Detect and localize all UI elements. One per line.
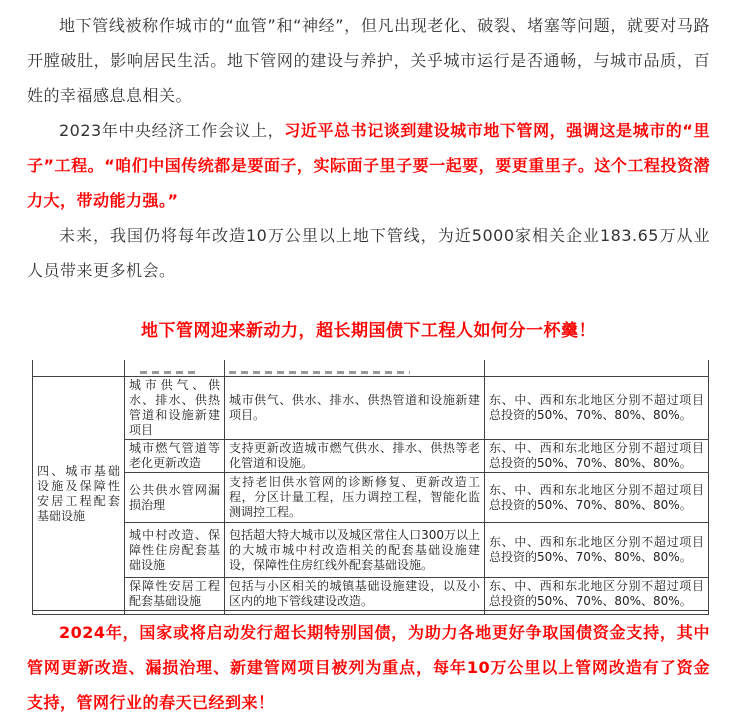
clipped-cell [485, 611, 709, 615]
project-name-cell: 城市燃气管道等老化更新改造 [125, 440, 225, 473]
project-name-cell: 保障性安居工程配套基础设施 [125, 578, 225, 611]
funding-ratio-cell: 东、中、西和东北地区分别不超过项目总投资的50%、70%、80%、80%。 [485, 440, 709, 473]
table-category-cell: 四、城市基础设施及保障性安居工程配套基础设施 [33, 377, 125, 611]
scope-cell: 城市供气、供水、排水、供热管道和设施新建项目。 [225, 377, 485, 440]
clipped-cell [33, 360, 125, 377]
scope-cell: 包括超大特大城市以及城区常住人口300万以上的大城市城中村改造相关的配套基础设施… [225, 523, 485, 578]
paragraph-meeting: 2023年中央经济工作会议上，习近平总书记谈到建设城市地下管网，强调这是城市的“… [27, 113, 710, 218]
clipped-cell [125, 611, 225, 615]
table-row: 公共供水管网漏损治理 支持老旧供水管网的诊断修复、更新改造工程，分区计量工程，压… [33, 473, 709, 523]
paragraph-2024-conclusion: 2024年，国家或将启动发行超长期特别国债，为助力各地更好争取国债资金支持，其中… [27, 615, 710, 720]
scope-cell: 包括与小区相关的城镇基础设施建设，以及小区内的地下管线建设改造。 [225, 578, 485, 611]
project-name-cell: 城中村改造、保障性住房配套基础设施 [125, 523, 225, 578]
article: 地下管线被称作城市的“血管”和“神经”，但凡出现老化、破裂、堵塞等问题，就要对马… [0, 0, 737, 720]
project-name-cell: 城市供气、供水、排水、供热管道和设施新建项目 [125, 377, 225, 440]
table-row: 城中村改造、保障性住房配套基础设施 包括超大特大城市以及城区常住人口300万以上… [33, 523, 709, 578]
clipped-text-fragment [229, 371, 410, 374]
clipped-cell [125, 360, 225, 377]
project-name-cell: 公共供水管网漏损治理 [125, 473, 225, 523]
table-clipped-row-top [33, 360, 709, 377]
paragraph-pipeline-intro: 地下管线被称作城市的“血管”和“神经”，但凡出现老化、破裂、堵塞等问题，就要对马… [27, 8, 710, 113]
scope-cell: 支持老旧供水管网的诊断修复、更新改造工程，分区计量工程，压力调控工程，智能化监测… [225, 473, 485, 523]
clipped-cell [225, 360, 485, 377]
table-row: 保障性安居工程配套基础设施 包括与小区相关的城镇基础设施建设，以及小区内的地下管… [33, 578, 709, 611]
scope-cell: 支持更新改造城市燃气供水、排水、供热等老化管道和设施。 [225, 440, 485, 473]
clipped-cell [225, 611, 485, 615]
paragraph-future: 未来，我国仍将每年改造10万公里以上地下管线，为近5000家相关企业183.65… [27, 218, 710, 288]
clipped-text-fragment [140, 371, 195, 374]
funding-ratio-cell: 东、中、西和东北地区分别不超过项目总投资的50%、70%、80%、80%。 [485, 377, 709, 440]
table-clipped-row-bottom [33, 611, 709, 615]
clipped-cell [485, 360, 709, 377]
table-row: 四、城市基础设施及保障性安居工程配套基础设施 城市供气、供水、排水、供热管道和设… [33, 377, 709, 440]
section-heading-red: 地下管网迎来新动力，超长期国债下工程人如何分一杯羹！ [27, 318, 710, 344]
policy-table: 四、城市基础设施及保障性安居工程配套基础设施 城市供气、供水、排水、供热管道和设… [32, 360, 709, 615]
paragraph-meeting-lead: 2023年中央经济工作会议上， [59, 121, 284, 140]
funding-ratio-cell: 东、中、西和东北地区分别不超过项目总投资的50%、70%、80%、80%。 [485, 523, 709, 578]
funding-ratio-cell: 东、中、西和东北地区分别不超过项目总投资的50%、70%、80%、80%。 [485, 473, 709, 523]
funding-ratio-cell: 东、中、西和东北地区分别不超过项目总投资的50%、70%、80%、80%。 [485, 578, 709, 611]
clipped-cell [33, 611, 125, 615]
table-row: 城市燃气管道等老化更新改造 支持更新改造城市燃气供水、排水、供热等老化管道和设施… [33, 440, 709, 473]
